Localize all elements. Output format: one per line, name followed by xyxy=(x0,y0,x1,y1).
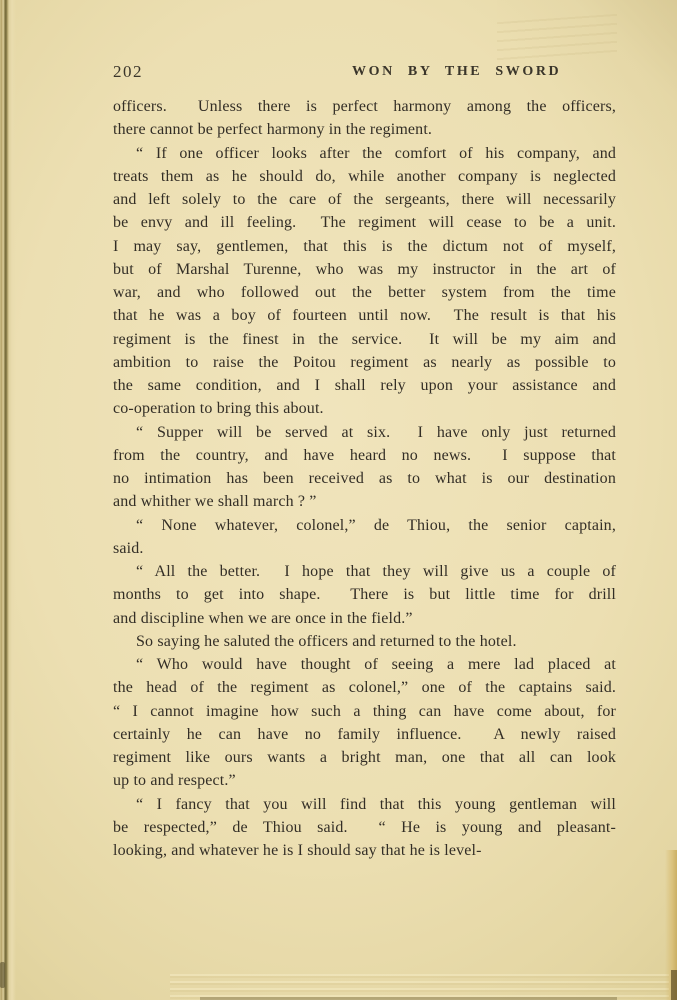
running-title: WON BY THE SWORD xyxy=(352,64,561,80)
text-line: be respected,” de Thiou said. “ He is yo… xyxy=(113,816,616,839)
text-line: the same condition, and I shall rely upo… xyxy=(113,374,616,397)
text-line: “ If one officer looks after the comfort… xyxy=(113,142,616,165)
paragraph: “ I fancy that you will find that this y… xyxy=(113,793,616,863)
text-line: regiment like ours wants a bright man, o… xyxy=(113,746,616,769)
paragraph: “ All the better. I hope that they will … xyxy=(113,560,616,630)
text-line: “ Who would have thought of seeing a mer… xyxy=(113,653,616,676)
gutter-smudge xyxy=(0,962,5,988)
page-stack-edges xyxy=(170,974,669,1000)
text-line: said. xyxy=(113,537,616,560)
text-line: “ I cannot imagine how such a thing can … xyxy=(113,700,616,723)
text-line: “ None whatever, colonel,” de Thiou, the… xyxy=(113,514,616,537)
text-line: months to get into shape. There is but l… xyxy=(113,583,616,606)
text-line: there cannot be perfect harmony in the r… xyxy=(113,118,616,141)
text-line: war, and who followed out the better sys… xyxy=(113,281,616,304)
text-line: but of Marshal Turenne, who was my instr… xyxy=(113,258,616,281)
text-line: “ I fancy that you will find that this y… xyxy=(113,793,616,816)
text-line: be envy and ill feeling. The regiment wi… xyxy=(113,211,616,234)
text-line: and discipline when we are once in the f… xyxy=(113,607,616,630)
paragraph: So saying he saluted the officers and re… xyxy=(113,630,616,653)
text-line: from the country, and have heard no news… xyxy=(113,444,616,467)
gilt-page-edge xyxy=(665,850,677,1000)
text-line: I may say, gentlemen, that this is the d… xyxy=(113,235,616,258)
text-line: that he was a boy of fourteen until now.… xyxy=(113,304,616,327)
text-line: “ All the better. I hope that they will … xyxy=(113,560,616,583)
page-edge-lines-top xyxy=(497,14,617,62)
paragraph: “ If one officer looks after the comfort… xyxy=(113,142,616,421)
text-block: officers. Unless there is perfect harmon… xyxy=(113,95,616,862)
text-line: So saying he saluted the officers and re… xyxy=(113,630,616,653)
paragraph: “ Who would have thought of seeing a mer… xyxy=(113,653,616,793)
paragraph: “ Supper will be served at six. I have o… xyxy=(113,421,616,514)
text-line: up to and respect.” xyxy=(113,769,616,792)
paragraph: “ None whatever, colonel,” de Thiou, the… xyxy=(113,514,616,561)
text-line: certainly he can have no family influenc… xyxy=(113,723,616,746)
text-line: no intimation has been received as to wh… xyxy=(113,467,616,490)
text-line: looking, and whatever he is I should say… xyxy=(113,839,616,862)
text-line: regiment is the finest in the service. I… xyxy=(113,328,616,351)
text-line: “ Supper will be served at six. I have o… xyxy=(113,421,616,444)
book-page: 202 WON BY THE SWORD officers. Unless th… xyxy=(0,0,677,1000)
text-line: and left solely to the care of the serge… xyxy=(113,188,616,211)
page-header: 202 WON BY THE SWORD xyxy=(113,62,615,84)
text-line: the head of the regiment as colonel,” on… xyxy=(113,676,616,699)
text-line: treats them as he should do, while anoth… xyxy=(113,165,616,188)
text-line: and whither we shall march ? ” xyxy=(113,490,616,513)
page-number: 202 xyxy=(113,62,143,82)
book-gutter-edge xyxy=(0,0,16,1000)
paragraph: officers. Unless there is perfect harmon… xyxy=(113,95,616,142)
text-line: co-operation to bring this about. xyxy=(113,397,616,420)
corner-shadow xyxy=(671,970,677,1000)
text-line: ambition to raise the Poitou regiment as… xyxy=(113,351,616,374)
text-line: officers. Unless there is perfect harmon… xyxy=(113,95,616,118)
